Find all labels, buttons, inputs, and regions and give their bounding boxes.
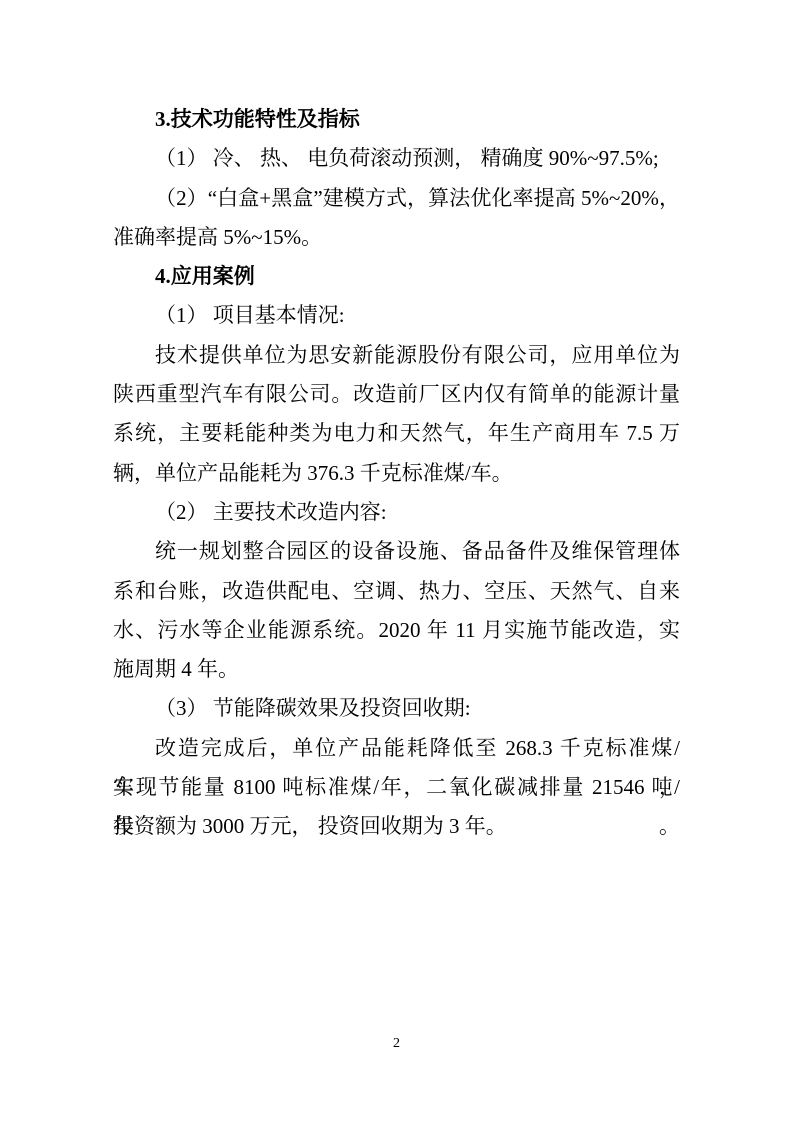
case-basic-info-title: （1） 项目基本情况:	[113, 296, 680, 335]
page-number: 2	[393, 1036, 400, 1051]
document-content: 3.技术功能特性及指标 （1） 冷、 热、 电负荷滚动预测， 精确度 90%~9…	[113, 100, 680, 847]
heading-technical-features: 3.技术功能特性及指标	[113, 100, 680, 139]
page-footer: 2	[0, 1033, 793, 1055]
item-load-forecast-line: （1） 冷、 热、 电负荷滚动预测， 精确度 90%~97.5%;	[113, 139, 680, 178]
document-page: 3.技术功能特性及指标 （1） 冷、 热、 电负荷滚动预测， 精确度 90%~9…	[0, 0, 793, 1123]
item-modeling-line-2: 准确率提高 5%~15%。	[113, 218, 680, 257]
case-renovation-line-1: 统一规划整合园区的设备设施、备品备件及维保管理体	[113, 532, 680, 571]
heading-application-case: 4.应用案例	[113, 257, 680, 296]
case-results-title: （3） 节能降碳效果及投资回收期:	[113, 689, 680, 728]
case-renovation-line-3: 水、污水等企业能源系统。2020 年 11 月实施节能改造，实	[113, 611, 680, 650]
case-results-line-2: 实现节能量 8100 吨标准煤/年，二氧化碳减排量 21546 吨/年。	[113, 768, 680, 807]
case-renovation-line-4: 施周期 4 年。	[113, 650, 680, 689]
item-modeling-line-1: （2）“白盒+黑盒”建模方式，算法优化率提高 5%~20%，	[113, 179, 680, 218]
case-basic-info-line-1: 技术提供单位为思安新能源股份有限公司，应用单位为	[113, 336, 680, 375]
case-results-line-1: 改造完成后，单位产品能耗降低至 268.3 千克标准煤/车，	[113, 729, 680, 768]
case-basic-info-line-3: 系统，主要耗能种类为电力和天然气，年生产商用车 7.5 万	[113, 414, 680, 453]
case-basic-info-line-4: 辆，单位产品能耗为 376.3 千克标准煤/车。	[113, 454, 680, 493]
case-basic-info-line-2: 陕西重型汽车有限公司。改造前厂区内仅有简单的能源计量	[113, 375, 680, 414]
case-renovation-line-2: 系和台账，改造供配电、空调、热力、空压、天然气、自来	[113, 572, 680, 611]
case-renovation-title: （2） 主要技术改造内容:	[113, 493, 680, 532]
